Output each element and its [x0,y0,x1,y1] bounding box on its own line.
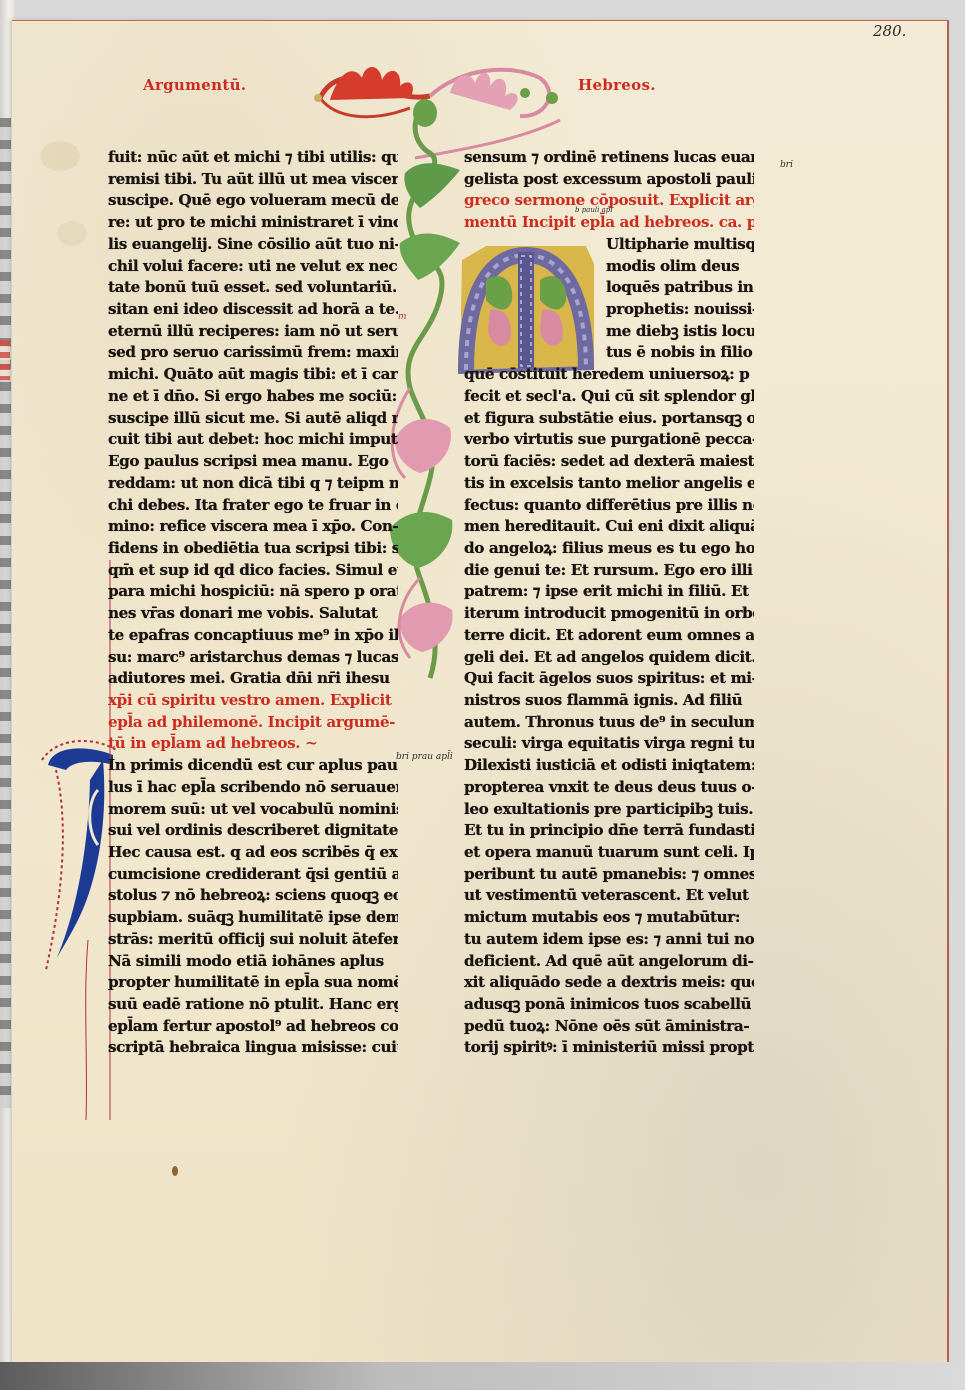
page-shadow [0,1362,965,1390]
text-line: nistros suos flammā ignis. Ad filiū [464,690,754,712]
text-line: tis in excelsis tanto melior angelis ef- [464,473,754,495]
text-line: fecit et secl'a. Qui cū sit splendor glo… [464,386,754,408]
text-line: epl̄am fertur apostol⁹ ad hebreos con- [108,1016,398,1038]
previous-leaf-rubric [0,340,10,380]
text-line: supbiam. suāqꝫ humilitatē ipse demō- [108,907,398,929]
text-line: ut vestimentū veterascent. Et velut a- [464,885,754,907]
text-line: terre dicit. Et adorent eum omnes an- [464,625,754,647]
text-line: tate bonū tuū esset. sed voluntariū. For… [108,277,398,299]
text-line: adiutores mei. Gratia dn̄i nr̄i ihesu [108,668,398,690]
text-line: scriptā hebraica lingua misisse: cuius [108,1037,398,1059]
text-line: strās: meritū officij sui noluit ātefere… [108,929,398,951]
text-line: adusqꝫ ponā inimicos tuos scabellū [464,994,754,1016]
text-line: Ego paulus scripsi mea manu. Ego [108,451,398,473]
text-line: xit aliquādo sede a dextris meis: quo- [464,972,754,994]
text-line: suū eadē ratione nō ptulit. Hanc ergo [108,994,398,1016]
text-line: re: ut pro te michi ministraret ī vincu- [108,212,398,234]
text-line: verbo virtutis sue purgationē pecca- [464,429,754,451]
text-line: chil volui facere: uti ne velut ex neces… [108,256,398,278]
text-line: modis olim deus [464,256,754,278]
text-line: nes vr̄as donari me vobis. Salutat [108,603,398,625]
text-line: su: marc⁹ aristarchus demas ⁊ lucas [108,647,398,669]
previous-leaf-text [0,118,11,1108]
text-line: epl̄a ad philemonē. Incipit argumē- [108,712,398,734]
text-line: mentū Incipit epl̄a ad hebreos. ca. pm̄. [464,212,754,234]
text-line: sensum ⁊ ordinē retinens lucas euan- [464,147,754,169]
text-line: do angeloꝝ: filius meus es tu ego ho- [464,538,754,560]
text-line: et figura substātie eius. portansqꝫ oīa [464,408,754,430]
text-line: reddam: ut non dicā tibi q ⁊ teipm mi- [108,473,398,495]
text-line: lis euangelij. Sine cōsilio aūt tuo ni- [108,234,398,256]
text-line: qm̄ et sup id qd dico facies. Simul et [108,560,398,582]
text-line: geli dei. Et ad angelos quidem dicit. [464,647,754,669]
text-line: Hec causa est. q ad eos scribēs q̄ ex ci… [108,842,398,864]
text-line: propterea vnxit te deus deus tuus o- [464,777,754,799]
text-line: remisi tibi. Tu aūt illū ut mea viscera [108,169,398,191]
text-line: Qui facit āgelos suos spiritus: et mi- [464,668,754,690]
text-line: In primis dicendū est cur aplus pau- [108,755,398,777]
marginal-note: bri prau apl̄i [396,752,453,762]
marginal-note: m [398,312,407,322]
text-line: gelista post excessum apostoli pauli [464,169,754,191]
text-line: autem. Thronus tuus de⁹ in seculum [464,712,754,734]
text-line: sed pro seruo carissimū frem: maxime [108,342,398,364]
text-line: chi debes. Ita frater ego te fruar in do… [108,495,398,517]
text-line: et opera manuū tuarum sunt celi. Ipsi [464,842,754,864]
text-column-right: sensum ⁊ ordinē retinens lucas euan-geli… [464,147,754,1059]
folio-number: 280. [873,22,906,40]
text-line: seculi: virga equitatis virga regni tui. [464,733,754,755]
text-line: cumcisione crediderant q̄si gentiū apo- [108,864,398,886]
running-head-right: Hebreos. [578,76,656,94]
text-line: propter humilitatē in epl̄a sua nomē [108,972,398,994]
text-line: Et tu in principio dn̄e terrā fundasti: [464,820,754,842]
text-line: torū faciēs: sedet ad dexterā maiesta- [464,451,754,473]
text-line: ne et ī dn̄o. Si ergo habes me sociū: [108,386,398,408]
text-line: torij spiritꝰ: ī ministeriū missi propte… [464,1037,754,1059]
marginal-note: b pauli ap̄i [575,206,612,214]
initial-i-blue-lombard [28,560,118,1130]
text-line: die genui te: Et rursum. Ego ero illi ī [464,560,754,582]
text-line: men hereditauit. Cui eni dixit aliquā- [464,516,754,538]
text-line: quē cōstituit heredem uniuersoꝝ: p quē [464,364,754,386]
text-line: sui vel ordinis describeret dignitatem. [108,820,398,842]
text-column-left: fuit: nūc aūt et michi ⁊ tibi utilis: qu… [108,147,398,1059]
running-head-left: Argumentū. [143,76,246,94]
text-line: deficient. Ad quē aūt angelorum di- [464,951,754,973]
text-line: Dilexisti iusticiā et odisti iniqtatem: [464,755,754,777]
text-line: michi. Quāto aūt magis tibi: et ī car- [108,364,398,386]
text-line: iterum introducit pmogenitū in orbē [464,603,754,625]
text-line: eternū illū reciperes: iam nō ut seruum [108,321,398,343]
text-line: loquēs patribus in [464,277,754,299]
text-line: prophetis: nouissi- [464,299,754,321]
text-line: para michi hospiciū: nā spero p oratio- [108,581,398,603]
text-line: suscipe. Quē ego volueram mecū detine- [108,190,398,212]
text-line: Nā simili modo etiā iohānes aplus [108,951,398,973]
text-line: tus ē nobis in filio [464,342,754,364]
stain [57,221,87,246]
text-line: fidens in obediētia tua scripsi tibi: sc… [108,538,398,560]
text-line: fuit: nūc aūt et michi ⁊ tibi utilis: qu… [108,147,398,169]
text-line: lus ī hac epl̄a scribendo nō seruauerit [108,777,398,799]
ink-spot [172,1166,178,1176]
text-line: sitan eni ideo discessit ad horā a te. u… [108,299,398,321]
text-line: suscipe illū sicut me. Si autē aliqd no- [108,408,398,430]
text-line: patrem: ⁊ ipse erit michi in filiū. Et c… [464,581,754,603]
text-line: tū in epl̄am ad hebreos. ~ [108,733,398,755]
text-line: Ultipharie multisqꝫ [464,234,754,256]
text-line: fectus: quanto differētius pre illis no- [464,495,754,517]
text-line: tu autem idem ipse es: ⁊ anni tui non [464,929,754,951]
text-line: xp̄i cū spiritu vestro amen. Explicit [108,690,398,712]
text-line: me diebꝫ istis locu- [464,321,754,343]
text-line: morem suū: ut vel vocabulū nominis [108,799,398,821]
marginal-note: bri [780,160,793,170]
text-line: te epafras concaptiuus me⁹ in xp̄o ihe- [108,625,398,647]
text-line: stolus ⁊ nō hebreoꝝ: sciens quoqꝫ eoꝝ [108,885,398,907]
text-line: peribunt tu autē pmanebis: ⁊ omnes [464,864,754,886]
stain [40,141,80,171]
text-line: mino: refice viscera mea ī xp̄o. Con- [108,516,398,538]
text-line: pedū tuoꝝ: Nōne oēs sūt āministra- [464,1016,754,1038]
text-line: leo exultationis pre participibꝫ tuis. [464,799,754,821]
text-line: mictum mutabis eos ⁊ mutabūtur: [464,907,754,929]
text-line: cuit tibi aut debet: hoc michi imputa. [108,429,398,451]
